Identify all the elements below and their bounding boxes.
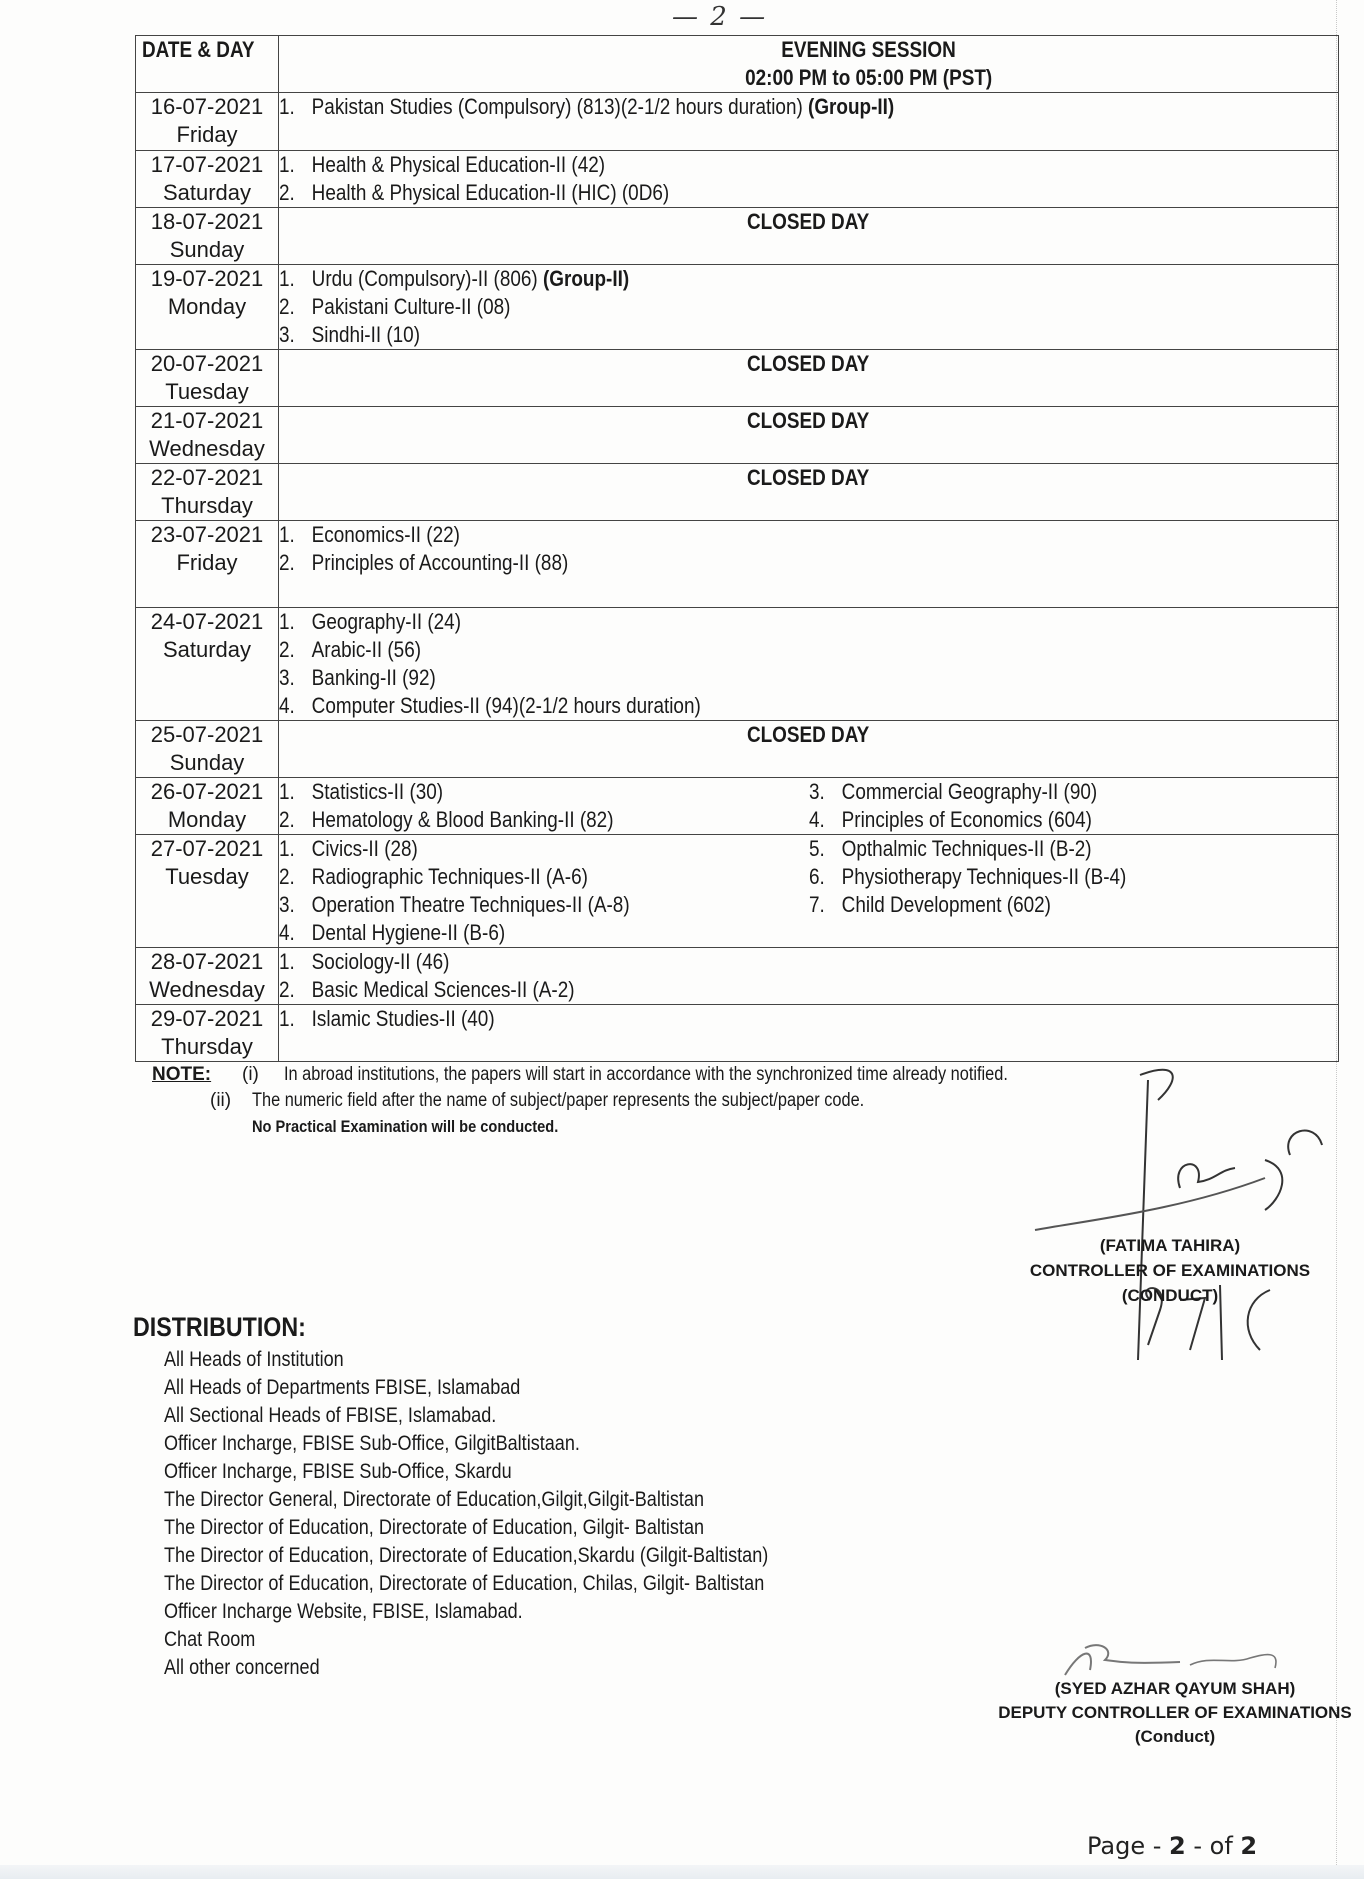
schedule-row: 26-07-2021Monday1.Statistics-II (30)2.He… (136, 778, 1339, 835)
subject-item: 1.Sociology-II (46) (279, 948, 1338, 976)
subject-name: Banking-II (92) (312, 665, 436, 690)
schedule-row: 22-07-2021ThursdayCLOSED DAY (136, 464, 1339, 521)
session-title: EVENING SESSION (781, 36, 956, 64)
subjects-cell: 1.Economics-II (22)2.Principles of Accou… (279, 521, 1339, 608)
closed-day-label: CLOSED DAY (747, 350, 869, 378)
subject-name: Geography-II (24) (312, 609, 461, 634)
subject-item: 3.Sindhi-II (10) (279, 321, 1338, 349)
exam-day: Saturday (136, 179, 278, 207)
date-day-cell: 24-07-2021Saturday (136, 608, 279, 721)
exam-date: 16-07-2021 (136, 93, 278, 121)
subject-name: Basic Medical Sciences-II (A-2) (312, 977, 575, 1002)
date-day-cell: 26-07-2021Monday (136, 778, 279, 835)
closed-day-cell: CLOSED DAY (279, 208, 1339, 265)
subject-name: Statistics-II (30) (312, 779, 443, 804)
exam-date: 24-07-2021 (136, 608, 278, 636)
schedule-row: 19-07-2021Monday1.Urdu (Compulsory)-II (… (136, 265, 1339, 350)
signatory-2-title: DEPUTY CONTROLLER OF EXAMINATIONS (985, 1701, 1364, 1725)
session-time: 02:00 PM to 05:00 PM (PST) (745, 64, 992, 92)
subject-name: Computer Studies-II (94)(2-1/2 hours dur… (312, 693, 701, 718)
schedule-row: 16-07-2021Friday1.Pakistan Studies (Comp… (136, 93, 1339, 151)
distribution-item: Chat Room (164, 1626, 867, 1654)
subject-name: Pakistan Studies (Compulsory) (813)(2-1/… (312, 94, 808, 119)
subject-number: 6. (809, 863, 842, 891)
subject-item: 5.Opthalmic Techniques-II (B-2) (809, 835, 1178, 863)
exam-day: Tuesday (136, 378, 278, 406)
closed-day-label: CLOSED DAY (747, 464, 869, 492)
exam-day: Thursday (136, 492, 278, 520)
distribution-item: Officer Incharge Website, FBISE, Islamab… (164, 1598, 867, 1626)
subject-number: 1. (279, 151, 312, 179)
subject-number: 4. (279, 919, 312, 947)
exam-date: 19-07-2021 (136, 265, 278, 293)
date-day-cell: 16-07-2021Friday (136, 93, 279, 151)
signatory-1-unit: (CONDUCT) (1000, 1283, 1340, 1308)
exam-date: 25-07-2021 (136, 721, 278, 749)
subject-number: 4. (809, 806, 842, 834)
page-footer: Page - 2 - of 2 (1087, 1832, 1257, 1860)
subject-number: 3. (809, 778, 842, 806)
exam-schedule-table: DATE & DAY EVENING SESSION 02:00 PM to 0… (135, 35, 1339, 1062)
subject-number: 1. (279, 93, 312, 121)
subject-item: 2.Radiographic Techniques-II (A-6) (279, 863, 809, 891)
distribution-title: DISTRIBUTION: (133, 1312, 334, 1343)
subject-item: 3.Banking-II (92) (279, 664, 1338, 692)
subject-item: 4.Dental Hygiene-II (B-6) (279, 919, 809, 947)
distribution-item: All other concerned (164, 1654, 867, 1682)
schedule-row: 20-07-2021TuesdayCLOSED DAY (136, 350, 1339, 407)
exam-day: Friday (136, 549, 278, 577)
closed-day-label: CLOSED DAY (747, 208, 869, 236)
subject-item: 2.Health & Physical Education-II (HIC) (… (279, 179, 1338, 207)
subject-name: Dental Hygiene-II (B-6) (312, 920, 505, 945)
subjects-cell: 1.Health & Physical Education-II (42)2.H… (279, 151, 1339, 208)
subject-item: 2.Hematology & Blood Banking-II (82) (279, 806, 809, 834)
exam-date: 21-07-2021 (136, 407, 278, 435)
closed-day-label: CLOSED DAY (747, 721, 869, 749)
subject-number: 2. (279, 179, 312, 207)
subject-number: 1. (279, 778, 312, 806)
note-no-practical: No Practical Examination will be conduct… (252, 1114, 558, 1140)
distribution-item: All Heads of Departments FBISE, Islamaba… (164, 1374, 867, 1402)
note-section: NOTE:(i)In abroad institutions, the pape… (152, 1062, 1126, 1140)
subject-number: 1. (279, 1005, 312, 1033)
date-day-cell: 23-07-2021Friday (136, 521, 279, 608)
signatory-1-title: CONTROLLER OF EXAMINATIONS (1000, 1258, 1340, 1283)
subject-name: Hematology & Blood Banking-II (82) (312, 807, 614, 832)
subject-item: 1.Geography-II (24) (279, 608, 1338, 636)
exam-date: 20-07-2021 (136, 350, 278, 378)
subject-number: 2. (279, 806, 312, 834)
subject-item: 1.Health & Physical Education-II (42) (279, 151, 1338, 179)
exam-day: Monday (136, 806, 278, 834)
subject-item: 6.Physiotherapy Techniques-II (B-4) (809, 863, 1178, 891)
subject-name: Radiographic Techniques-II (A-6) (312, 864, 588, 889)
exam-date: 17-07-2021 (136, 151, 278, 179)
subject-item: 1.Urdu (Compulsory)-II (806) (Group-II) (279, 265, 1338, 293)
exam-day: Tuesday (136, 863, 278, 891)
distribution-item: The Director of Education, Directorate o… (164, 1570, 867, 1598)
distribution-item: All Heads of Institution (164, 1346, 867, 1374)
subject-name: Sindhi-II (10) (312, 322, 420, 347)
subject-name: Principles of Accounting-II (88) (312, 550, 569, 575)
schedule-row: 29-07-2021Thursday1.Islamic Studies-II (… (136, 1005, 1339, 1062)
subject-name: Islamic Studies-II (40) (312, 1006, 495, 1031)
group-tag: (Group-II) (808, 94, 894, 119)
schedule-row: 21-07-2021WednesdayCLOSED DAY (136, 407, 1339, 464)
closed-day-label: CLOSED DAY (747, 407, 869, 435)
subject-name: Opthalmic Techniques-II (B-2) (842, 836, 1092, 861)
signatory-deputy-controller: (SYED AZHAR QAYUM SHAH) DEPUTY CONTROLLE… (985, 1677, 1364, 1749)
signatory-1-name: (FATIMA TAHIRA) (1000, 1233, 1340, 1258)
subject-number: 2. (279, 863, 312, 891)
subject-name: Arabic-II (56) (312, 637, 421, 662)
subject-name: Urdu (Compulsory)-II (806) (312, 266, 543, 291)
group-tag: (Group-II) (543, 266, 629, 291)
schedule-row: 28-07-2021Wednesday1.Sociology-II (46)2.… (136, 948, 1339, 1005)
subject-name: Operation Theatre Techniques-II (A-8) (312, 892, 630, 917)
distribution-item: The Director of Education, Directorate o… (164, 1542, 867, 1570)
table-header-row: DATE & DAY EVENING SESSION 02:00 PM to 0… (136, 36, 1339, 93)
header-date-day: DATE & DAY (136, 36, 279, 93)
schedule-row: 25-07-2021SundayCLOSED DAY (136, 721, 1339, 778)
footer-prefix: Page - (1087, 1832, 1169, 1860)
exam-day: Sunday (136, 749, 278, 777)
subject-number: 1. (279, 521, 312, 549)
subjects-cell: 1.Sociology-II (46)2.Basic Medical Scien… (279, 948, 1339, 1005)
closed-day-cell: CLOSED DAY (279, 350, 1339, 407)
subject-item: 1.Statistics-II (30) (279, 778, 809, 806)
exam-day: Monday (136, 293, 278, 321)
subject-number: 4. (279, 692, 312, 720)
exam-day: Sunday (136, 236, 278, 264)
subjects-cell: 1.Geography-II (24)2.Arabic-II (56)3.Ban… (279, 608, 1339, 721)
exam-date: 22-07-2021 (136, 464, 278, 492)
schedule-row: 27-07-2021Tuesday1.Civics-II (28)2.Radio… (136, 835, 1339, 948)
distribution-list: All Heads of InstitutionAll Heads of Dep… (164, 1346, 867, 1682)
subjects-cell: 1.Civics-II (28)2.Radiographic Technique… (279, 835, 1339, 948)
subject-name: Civics-II (28) (312, 836, 418, 861)
subject-item: 2.Basic Medical Sciences-II (A-2) (279, 976, 1338, 1004)
schedule-row: 23-07-2021Friday1.Economics-II (22)2.Pri… (136, 521, 1339, 608)
subject-item: 1.Islamic Studies-II (40) (279, 1005, 1338, 1033)
subject-number: 2. (279, 293, 312, 321)
header-session: EVENING SESSION 02:00 PM to 05:00 PM (PS… (279, 36, 1339, 93)
closed-day-cell: CLOSED DAY (279, 721, 1339, 778)
exam-day: Thursday (136, 1033, 278, 1061)
exam-date: 23-07-2021 (136, 521, 278, 549)
schedule-row: 18-07-2021SundayCLOSED DAY (136, 208, 1339, 265)
date-day-cell: 22-07-2021Thursday (136, 464, 279, 521)
closed-day-cell: CLOSED DAY (279, 464, 1339, 521)
subject-name: Health & Physical Education-II (HIC) (0D… (312, 180, 670, 205)
exam-day: Wednesday (136, 976, 278, 1004)
subject-name: Pakistani Culture-II (08) (312, 294, 511, 319)
note-item-2-numeral: (ii) (210, 1088, 252, 1114)
subject-item: 4.Computer Studies-II (94)(2-1/2 hours d… (279, 692, 1338, 720)
schedule-body: 16-07-2021Friday1.Pakistan Studies (Comp… (136, 93, 1339, 1062)
closed-day-cell: CLOSED DAY (279, 407, 1339, 464)
subject-item: 7.Child Development (602) (809, 891, 1178, 919)
exam-date: 28-07-2021 (136, 948, 278, 976)
subject-number: 3. (279, 891, 312, 919)
subject-number: 3. (279, 321, 312, 349)
subject-name: Health & Physical Education-II (42) (312, 152, 605, 177)
distribution-item: All Sectional Heads of FBISE, Islamabad. (164, 1402, 867, 1430)
subject-item: 2.Arabic-II (56) (279, 636, 1338, 664)
subject-number: 5. (809, 835, 842, 863)
subject-item: 2.Pakistani Culture-II (08) (279, 293, 1338, 321)
distribution-item: The Director of Education, Directorate o… (164, 1514, 867, 1542)
exam-date: 27-07-2021 (136, 835, 278, 863)
subject-number: 3. (279, 664, 312, 692)
subject-item: 1.Economics-II (22) (279, 521, 1338, 549)
exam-day: Friday (136, 121, 278, 149)
footer-total-pages: 2 (1240, 1832, 1257, 1860)
distribution-item: Officer Incharge, FBISE Sub-Office, Skar… (164, 1458, 867, 1486)
subjects-cell: 1.Pakistan Studies (Compulsory) (813)(2-… (279, 93, 1339, 151)
subject-item: 3.Operation Theatre Techniques-II (A-8) (279, 891, 809, 919)
date-day-cell: 27-07-2021Tuesday (136, 835, 279, 948)
subject-number: 7. (809, 891, 842, 919)
exam-date: 29-07-2021 (136, 1005, 278, 1033)
signatory-2-name: (SYED AZHAR QAYUM SHAH) (985, 1677, 1364, 1701)
subject-item: 3.Commercial Geography-II (90) (809, 778, 1144, 806)
page-number-mark: — 2 — (672, 2, 767, 32)
date-day-cell: 19-07-2021Monday (136, 265, 279, 350)
date-day-cell: 28-07-2021Wednesday (136, 948, 279, 1005)
exam-date: 18-07-2021 (136, 208, 278, 236)
subject-number: 2. (279, 976, 312, 1004)
subject-number: 2. (279, 636, 312, 664)
subjects-cell: 1.Islamic Studies-II (40) (279, 1005, 1339, 1062)
subjects-cell: 1.Statistics-II (30)2.Hematology & Blood… (279, 778, 1339, 835)
subject-name: Economics-II (22) (312, 522, 460, 547)
footer-middle: - of (1186, 1832, 1241, 1860)
note-label: NOTE: (152, 1062, 242, 1088)
exam-day: Saturday (136, 636, 278, 664)
subject-item: 1.Pakistan Studies (Compulsory) (813)(2-… (279, 93, 1338, 121)
signature-deputy-controller-icon (1060, 1640, 1300, 1680)
signatory-controller: (FATIMA TAHIRA) CONTROLLER OF EXAMINATIO… (1000, 1233, 1340, 1308)
note-item-1: In abroad institutions, the papers will … (284, 1062, 1008, 1088)
subject-item: 4.Principles of Economics (604) (809, 806, 1144, 834)
subject-number: 1. (279, 835, 312, 863)
date-day-cell: 20-07-2021Tuesday (136, 350, 279, 407)
date-day-cell: 17-07-2021Saturday (136, 151, 279, 208)
schedule-row: 17-07-2021Saturday1.Health & Physical Ed… (136, 151, 1339, 208)
exam-day: Wednesday (136, 435, 278, 463)
subject-name: Commercial Geography-II (90) (842, 779, 1098, 804)
signature-controller-icon (1030, 1060, 1350, 1360)
signatory-2-unit: (Conduct) (985, 1725, 1364, 1749)
distribution-item: The Director General, Directorate of Edu… (164, 1486, 867, 1514)
subject-name: Child Development (602) (842, 892, 1051, 917)
subject-number: 1. (279, 265, 312, 293)
date-day-cell: 21-07-2021Wednesday (136, 407, 279, 464)
subject-number: 1. (279, 608, 312, 636)
subject-number: 2. (279, 549, 312, 577)
schedule-row: 24-07-2021Saturday1.Geography-II (24)2.A… (136, 608, 1339, 721)
subject-item: 2.Principles of Accounting-II (88) (279, 549, 1338, 577)
distribution-item: Officer Incharge, FBISE Sub-Office, Gilg… (164, 1430, 867, 1458)
subject-name: Principles of Economics (604) (842, 807, 1092, 832)
subject-name: Physiotherapy Techniques-II (B-4) (842, 864, 1127, 889)
scan-bottom-band (0, 1865, 1364, 1879)
date-day-cell: 29-07-2021Thursday (136, 1005, 279, 1062)
note-item-2: The numeric field after the name of subj… (252, 1088, 864, 1114)
date-day-cell: 25-07-2021Sunday (136, 721, 279, 778)
subjects-cell: 1.Urdu (Compulsory)-II (806) (Group-II)2… (279, 265, 1339, 350)
note-item-1-numeral: (i) (242, 1062, 284, 1088)
footer-current-page: 2 (1169, 1832, 1186, 1860)
date-day-cell: 18-07-2021Sunday (136, 208, 279, 265)
subject-name: Sociology-II (46) (312, 949, 450, 974)
subject-item: 1.Civics-II (28) (279, 835, 809, 863)
subject-number: 1. (279, 948, 312, 976)
exam-date: 26-07-2021 (136, 778, 278, 806)
